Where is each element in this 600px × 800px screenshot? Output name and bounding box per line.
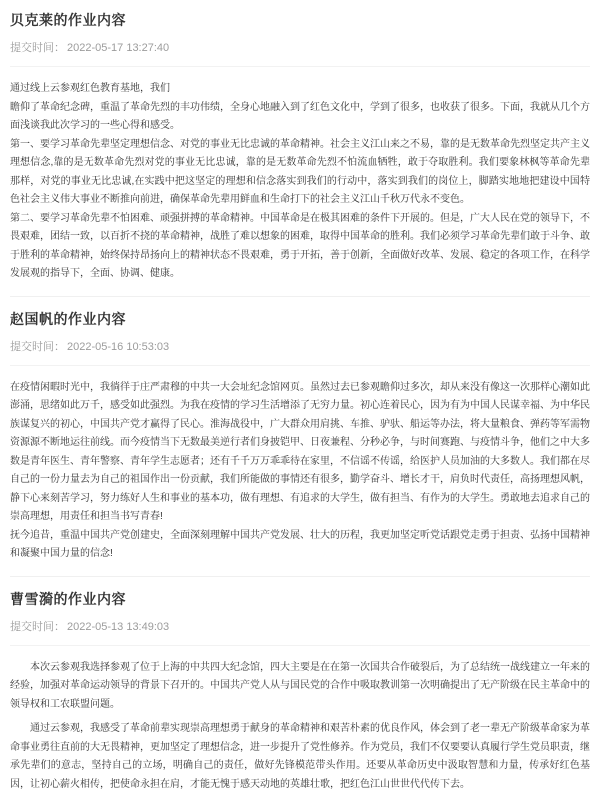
homework-section-1: 贝克莱的作业内容 提交时间：2022-05-17 13:27:40 通过线上云参…: [10, 10, 590, 284]
section-content: 通过线上云参观红色教育基地，我们 瞻仰了革命纪念碑，重温了革命先烈的丰功伟绩，全…: [10, 80, 590, 284]
divider: [10, 66, 590, 67]
submit-time-row: 提交时间：2022-05-13 13:49:03: [10, 618, 590, 634]
divider: [10, 576, 590, 577]
divider: [10, 296, 590, 297]
divider: [10, 365, 590, 366]
submit-time-row: 提交时间：2022-05-17 13:27:40: [10, 39, 590, 55]
submit-time-label: 提交时间：: [10, 621, 65, 633]
section-title: 赵国帆的作业内容: [10, 309, 590, 329]
paragraph: 第二、要学习革命先辈不怕困难、顽强拼搏的革命精神。中国革命是在极其困难的条件下开…: [10, 210, 590, 284]
paragraph: 在疫情闲暇时光中，我徜徉于庄严肃穆的中共一大会址纪念馆网页。虽然过去已参观瞻仰过…: [10, 379, 590, 527]
paragraph: 第一、要学习革命先辈坚定理想信念、对党的事业无比忠诚的革命精神。社会主义江山来之…: [10, 136, 590, 210]
paragraph: 瞻仰了革命纪念碑，重温了革命先烈的丰功伟绩，全身心地融入到了红色文化中，学到了很…: [10, 99, 590, 136]
paragraph: 通过云参观，我感受了革命前辈实现崇高理想勇于献身的革命精神和艰苦朴素的优良作风，…: [10, 720, 590, 794]
homework-submissions-page: 贝克莱的作业内容 提交时间：2022-05-17 13:27:40 通过线上云参…: [0, 0, 600, 800]
section-content: 在疫情闲暇时光中，我徜徉于庄严肃穆的中共一大会址纪念馆网页。虽然过去已参观瞻仰过…: [10, 379, 590, 564]
section-title: 曹雪漪的作业内容: [10, 589, 590, 609]
submit-time-label: 提交时间：: [10, 42, 65, 54]
submit-time-value: 2022-05-13 13:49:03: [67, 621, 169, 633]
submit-time-value: 2022-05-17 13:27:40: [67, 42, 169, 54]
homework-section-2: 赵国帆的作业内容 提交时间：2022-05-16 10:53:03 在疫情闲暇时…: [10, 309, 590, 564]
submit-time-row: 提交时间：2022-05-16 10:53:03: [10, 338, 590, 354]
paragraph: 通过线上云参观红色教育基地，我们: [10, 80, 590, 99]
paragraph: 本次云参观我选择参观了位于上海的中共四大纪念馆，四大主要是在在第一次国共合作破裂…: [10, 659, 590, 715]
divider: [10, 645, 590, 646]
section-title: 贝克莱的作业内容: [10, 10, 590, 30]
homework-section-3: 曹雪漪的作业内容 提交时间：2022-05-13 13:49:03 本次云参观我…: [10, 589, 590, 795]
section-content: 本次云参观我选择参观了位于上海的中共四大纪念馆，四大主要是在在第一次国共合作破裂…: [10, 659, 590, 795]
paragraph: 抚今追昔，重温中国共产党创建史，全面深刻理解中国共产党发展、壮大的历程，我更加坚…: [10, 527, 590, 564]
submit-time-label: 提交时间：: [10, 341, 65, 353]
submit-time-value: 2022-05-16 10:53:03: [67, 341, 169, 353]
